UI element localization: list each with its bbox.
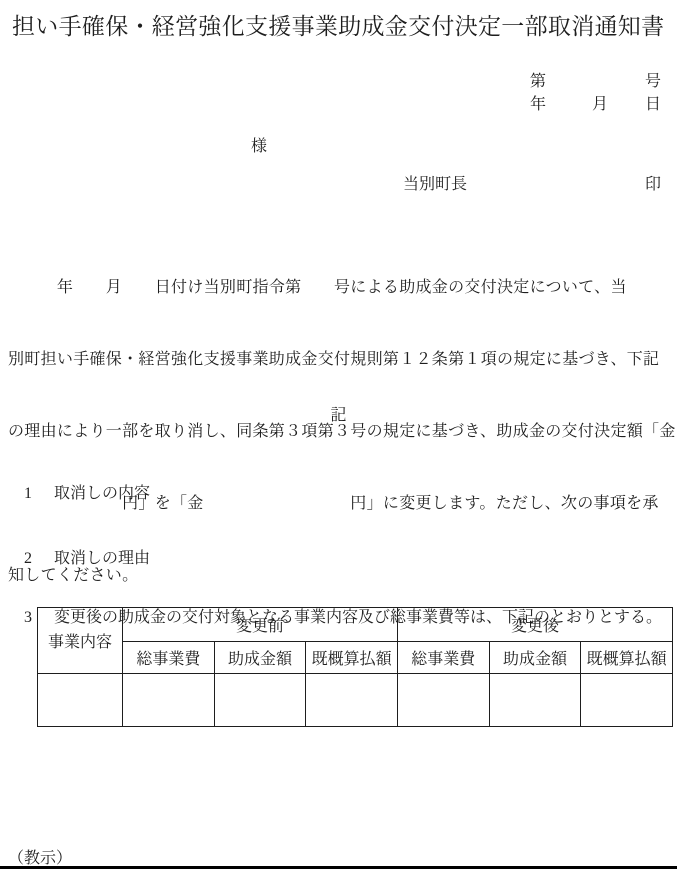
section-cancellation-reason: 2取消しの理由 [8, 527, 150, 586]
table-row-header-project-content: 事業内容 [38, 608, 123, 674]
paragraph-line: 別町担い手確保・経営強化支援事業助成金交付規則第１２条第１項の規定に基づき、下記 [8, 348, 674, 372]
date-month-label: 月 [592, 91, 608, 114]
table-cell [581, 674, 673, 727]
date-year-label: 年 [530, 91, 546, 114]
doc-number-suffix: 号 [645, 68, 661, 91]
table-col-total-cost-before: 総事業費 [123, 642, 215, 674]
page-title: 担い手確保・経営強化支援事業助成金交付決定一部取消通知書 [12, 8, 664, 41]
table-col-provisional-paid-before: 既概算払額 [306, 642, 398, 674]
table-group-before-change: 変更前 [123, 608, 398, 642]
ki-marker: 記 [0, 402, 677, 425]
table-cell [214, 674, 306, 727]
table-cell [397, 674, 489, 727]
table-row [38, 674, 673, 727]
table-cell [123, 674, 215, 727]
project-cost-table: 事業内容 変更前 変更後 総事業費 助成金額 既概算払額 総事業費 助成金額 既… [37, 607, 673, 727]
seal-placeholder: 印 [645, 171, 661, 194]
issuer-title: 当別町長 [403, 171, 467, 194]
addressee-honorific: 様 [251, 133, 267, 156]
table-cell [489, 674, 581, 727]
table-group-after-change: 変更後 [397, 608, 672, 642]
section-heading: 取消しの内容 [54, 485, 150, 502]
date-day-label: 日 [645, 91, 661, 114]
section-heading: 取消しの理由 [54, 550, 150, 567]
table-cell [38, 674, 123, 727]
table-col-total-cost-after: 総事業費 [397, 642, 489, 674]
table-cell [306, 674, 398, 727]
section-number: 1 [24, 485, 54, 503]
table-col-grant-amount-before: 助成金額 [214, 642, 306, 674]
section-number: 2 [24, 550, 54, 568]
table-col-grant-amount-after: 助成金額 [489, 642, 581, 674]
document-page: 担い手確保・経営強化支援事業助成金交付決定一部取消通知書 第 号 年 月 日 様… [0, 0, 677, 869]
table-col-provisional-paid-after: 既概算払額 [581, 642, 673, 674]
paragraph-line: 年 月 日付け当別町指令第 号による助成金の交付決定について、当 [8, 276, 674, 300]
section-cancellation-content: 1取消しの内容 [8, 462, 150, 521]
appeal-instruction-note: （教示） [8, 845, 72, 868]
doc-number-prefix: 第 [530, 68, 546, 91]
